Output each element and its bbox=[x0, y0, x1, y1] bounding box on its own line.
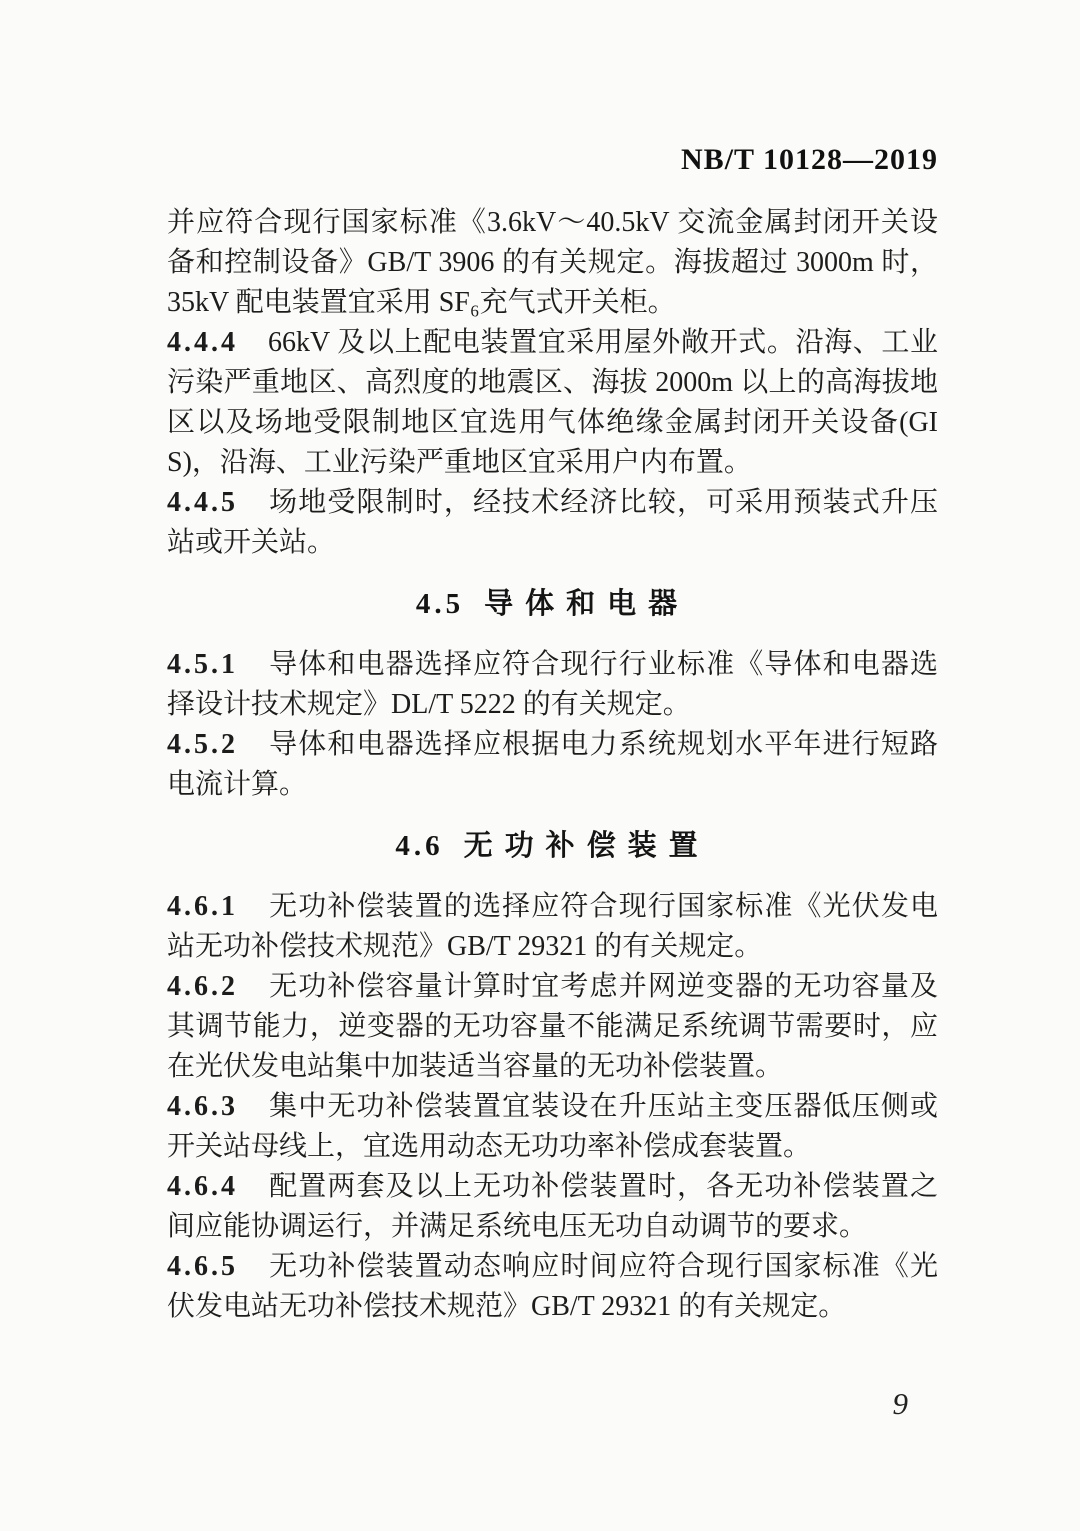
clause-4-4-4: 4.4.466kV 及以上配电装置宜采用屋外敞开式。沿海、工业污染严重地区、高烈… bbox=[167, 323, 938, 483]
clause-number: 4.4.5 bbox=[167, 487, 238, 518]
clause-text: 导体和电器选择应根据电力系统规划水平年进行短路电流计算。 bbox=[167, 729, 938, 800]
clause-text: 66kV 及以上配电装置宜采用屋外敞开式。沿海、工业污染严重地区、高烈度的地震区… bbox=[167, 327, 938, 478]
clause-4-6-2: 4.6.2无功补偿容量计算时宜考虑并网逆变器的无功容量及其调节能力，逆变器的无功… bbox=[167, 967, 938, 1087]
clause-4-6-3: 4.6.3集中无功补偿装置宜装设在升压站主变压器低压侧或开关站母线上，宜选用动态… bbox=[167, 1087, 938, 1167]
clause-number: 4.5.1 bbox=[167, 649, 238, 680]
clause-4-6-5: 4.6.5无功补偿装置动态响应时间应符合现行国家标准《光伏发电站无功补偿技术规范… bbox=[167, 1247, 938, 1327]
clause-text: 导体和电器选择应符合现行行业标准《导体和电器选择设计技术规定》DL/T 5222… bbox=[167, 649, 938, 720]
clause-4-6-4: 4.6.4配置两套及以上无功补偿装置时，各无功补偿装置之间应能协调运行，并满足系… bbox=[167, 1167, 938, 1247]
clause-4-5-1: 4.5.1导体和电器选择应符合现行行业标准《导体和电器选择设计技术规定》DL/T… bbox=[167, 645, 938, 725]
clause-number: 4.6.5 bbox=[167, 1251, 238, 1282]
clause-text: 无功补偿装置的选择应符合现行国家标准《光伏发电站无功补偿技术规范》GB/T 29… bbox=[167, 891, 938, 962]
page-content-column: NB/T 10128—2019 并应符合现行国家标准《3.6kV～40.5kV … bbox=[167, 143, 938, 1327]
clause-number: 4.6.3 bbox=[167, 1091, 238, 1122]
clause-number: 4.5.2 bbox=[167, 729, 238, 760]
clause-number: 4.4.4 bbox=[167, 327, 238, 358]
clause-4-6-1: 4.6.1无功补偿装置的选择应符合现行国家标准《光伏发电站无功补偿技术规范》GB… bbox=[167, 887, 938, 967]
clause-text: 场地受限制时，经技术经济比较，可采用预装式升压站或开关站。 bbox=[167, 487, 938, 558]
section-heading-4-5: 4.5导体和电器 bbox=[167, 584, 938, 624]
clause-text: 无功补偿装置动态响应时间应符合现行国家标准《光伏发电站无功补偿技术规范》GB/T… bbox=[167, 1251, 938, 1322]
clause-number: 4.6.4 bbox=[167, 1171, 238, 1202]
clause-text: 配置两套及以上无功补偿装置时，各无功补偿装置之间应能协调运行，并满足系统电压无功… bbox=[167, 1171, 938, 1242]
standard-code: NB/T 10128—2019 bbox=[681, 143, 938, 176]
section-heading-4-6: 4.6无功补偿装置 bbox=[167, 826, 938, 866]
document-page: NB/T 10128—2019 并应符合现行国家标准《3.6kV～40.5kV … bbox=[0, 0, 1080, 1531]
heading-title: 导体和电器 bbox=[484, 588, 689, 620]
clause-4-5-2: 4.5.2导体和电器选择应根据电力系统规划水平年进行短路电流计算。 bbox=[167, 725, 938, 805]
clause-text: 集中无功补偿装置宜装设在升压站主变压器低压侧或开关站母线上，宜选用动态无功功率补… bbox=[167, 1091, 938, 1162]
page-number: 9 bbox=[893, 1386, 909, 1422]
paragraph-text: 并应符合现行国家标准《3.6kV～40.5kV 交流金属封闭开关设备和控制设备》… bbox=[167, 207, 938, 318]
page-header: NB/T 10128—2019 bbox=[167, 143, 938, 177]
clause-number: 4.6.2 bbox=[167, 971, 238, 1002]
clause-4-4-5: 4.4.5场地受限制时，经技术经济比较，可采用预装式升压站或开关站。 bbox=[167, 483, 938, 563]
heading-number: 4.5 bbox=[416, 588, 464, 620]
heading-title: 无功补偿装置 bbox=[464, 830, 710, 862]
continuation-paragraph: 并应符合现行国家标准《3.6kV～40.5kV 交流金属封闭开关设备和控制设备》… bbox=[167, 203, 938, 323]
clause-number: 4.6.1 bbox=[167, 891, 238, 922]
clause-text: 无功补偿容量计算时宜考虑并网逆变器的无功容量及其调节能力，逆变器的无功容量不能满… bbox=[167, 971, 938, 1082]
document-body: 并应符合现行国家标准《3.6kV～40.5kV 交流金属封闭开关设备和控制设备》… bbox=[167, 203, 938, 1327]
heading-number: 4.6 bbox=[395, 830, 443, 862]
